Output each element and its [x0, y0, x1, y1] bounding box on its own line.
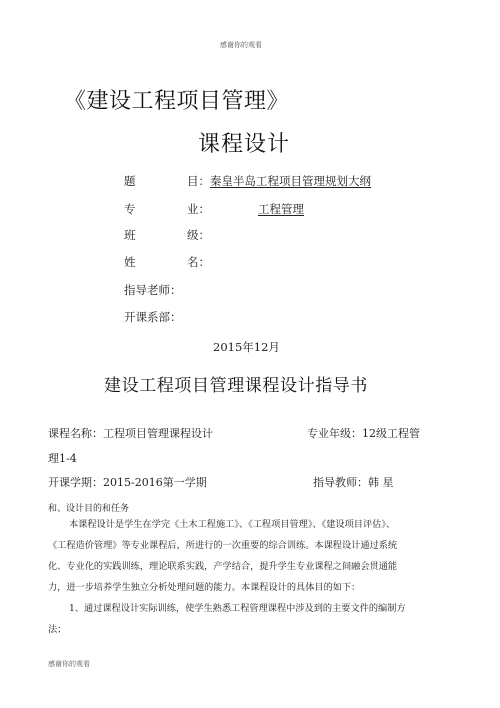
field-class-label-b: 级： [187, 227, 210, 243]
term-line: 开课学期：2015-2016第一学期 [48, 474, 207, 490]
teacher-label: 指导教师： [313, 476, 368, 489]
book-title: 《建设工程项目管理》 [64, 84, 289, 115]
guide-title: 建设工程项目管理课程设计指导书 [104, 371, 368, 396]
teacher-value: 韩 星 [368, 476, 394, 489]
course-name-label: 课程名称： [48, 427, 103, 440]
paragraph-line-3: 化、专业化的实践训练，理论联系实践，产学结合，提升学生专业课程之间融会贯通能 [48, 556, 397, 577]
course-design-subtitle: 课程设计 [198, 127, 290, 158]
field-name-label-b: 名： [187, 254, 210, 270]
major-grade-line: 专业年级：12级工程管 [307, 425, 420, 441]
paragraph-line-4: 力，进一步培养学生独立分析处理问题的能力。本课程设计的具体目的如下： [48, 577, 360, 598]
field-topic-label-b: 目： [187, 174, 210, 188]
field-major-label-a: 专 [124, 202, 136, 216]
footer-watermark: 感谢你的观看 [48, 659, 90, 669]
header-watermark: 感谢你的观看 [220, 40, 262, 50]
teacher-line: 指导教师：韩 星 [313, 474, 394, 490]
field-advisor-label: 指导老师： [124, 282, 182, 298]
term-label: 开课学期： [48, 476, 103, 489]
course-name-line: 课程名称：工程项目管理课程设计 [48, 425, 213, 441]
paragraph-line-2: 《工程造价管理》等专业课程后，所进行的一次重要的综合训练。本课程设计通过系统 [48, 535, 397, 556]
field-topic-label-b-wrap: 目：秦皇半岛工程项目管理规划大纲 [187, 173, 371, 189]
section-title: 和、设计目的和任务 [48, 501, 129, 514]
field-topic: 题 [124, 173, 136, 189]
field-major-label-b: 业： [187, 202, 210, 216]
paragraph-line-1: 本课程设计是学生在学完《土木工程施工》、《工程项目管理》、《建设项目评估》、 [69, 514, 395, 535]
term-value: 2015-2016第一学期 [103, 476, 207, 489]
course-name-value: 工程项目管理课程设计 [103, 427, 213, 440]
major-grade-label: 专业年级： [307, 427, 362, 440]
field-major-label-b-wrap: 业： [187, 201, 210, 217]
field-topic-value: 秦皇半岛工程项目管理规划大纲 [210, 174, 371, 188]
field-name-label-a: 姓 [124, 254, 136, 270]
major-grade-continued: 理1-4 [48, 450, 77, 466]
field-major-value: 工程管理 [258, 201, 304, 217]
field-class-label-a: 班 [124, 227, 136, 243]
item1-line-1: 1、通过课程设计实际训练，使学生熟悉工程管理课程中涉及到的主要文件的编制方 [69, 598, 406, 619]
field-department-label: 开课系部： [124, 309, 182, 325]
field-topic-label-a: 题 [124, 174, 136, 188]
field-major: 专 [124, 201, 136, 217]
major-grade-value: 12级工程管 [362, 427, 420, 440]
item1-line-2: 法； [48, 619, 66, 640]
cover-date: 2015年12月 [213, 339, 280, 355]
